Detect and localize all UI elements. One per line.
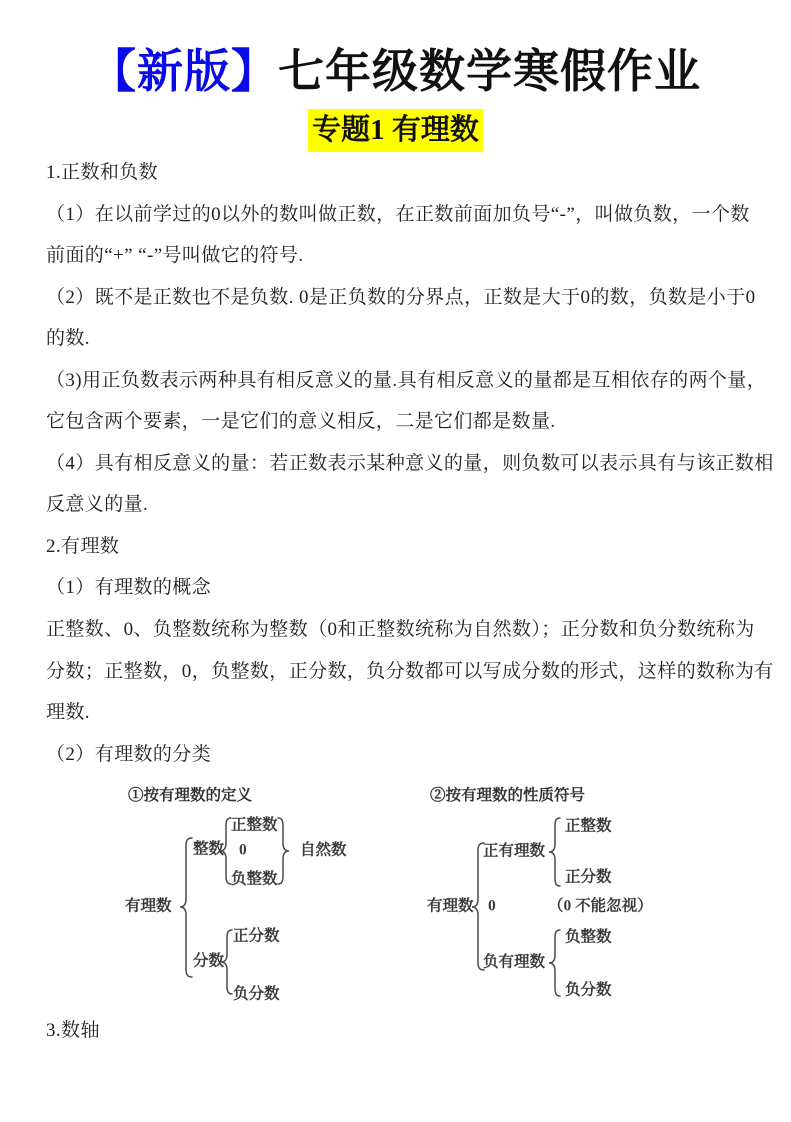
text-line: （1）有理数的概念 bbox=[46, 567, 751, 609]
brace-right-positive bbox=[549, 818, 560, 886]
diagram-right-root: 有理数 bbox=[427, 899, 474, 915]
text-line: 2.有理数 bbox=[46, 526, 751, 568]
brace-left-main bbox=[180, 838, 192, 977]
page-title: 【新版】七年级数学寒假作业 bbox=[0, 40, 791, 104]
text-line: （1）在以前学过的0以外的数叫做正数，在正数前面加负号“-”，叫做负数，一个数 bbox=[46, 194, 751, 236]
body-text: 1.正数和负数（1）在以前学过的0以外的数叫做正数，在正数前面加负号“-”，叫做… bbox=[0, 152, 791, 775]
text-line: （2）有理数的分类 bbox=[46, 734, 751, 776]
diagram-right-zero: 0 bbox=[488, 899, 496, 915]
text-line: （4）具有相反意义的量：若正数表示某种意义的量，则负数可以表示具有与该正数相 bbox=[46, 443, 751, 485]
diagram-right-positive: 正有理数 bbox=[483, 844, 545, 860]
diagram-left-pos-int: 正整数 bbox=[231, 818, 278, 834]
diagram-left-pos-frac: 正分数 bbox=[233, 929, 280, 945]
title-main: 七年级数学寒假作业 bbox=[278, 46, 701, 97]
page: 【新版】七年级数学寒假作业 专题1 有理数 1.正数和负数（1）在以前学过的0以… bbox=[0, 0, 791, 1122]
diagram-right-pos-frac: 正分数 bbox=[565, 870, 612, 886]
diagram-left-neg-int: 负整数 bbox=[231, 872, 278, 888]
section-3-heading: 3.数轴 bbox=[0, 1010, 791, 1052]
diagram-left-title: ①按有理数的定义 bbox=[128, 788, 252, 804]
text-line: 分数；正整数，0，负整数，正分数，负分数都可以写成分数的形式，这样的数称为有 bbox=[46, 651, 751, 693]
text-line: （2）既不是正数也不是负数. 0是正负数的分界点，正数是大于0的数，负数是小于0 bbox=[46, 277, 751, 319]
diagram-left-integer: 整数 bbox=[193, 842, 224, 858]
text-line: 1.正数和负数 bbox=[46, 152, 751, 194]
diagram-right-pos-int: 正整数 bbox=[565, 819, 612, 835]
page-subtitle: 专题1 有理数 bbox=[308, 109, 483, 152]
diagram-right-neg-int: 负整数 bbox=[565, 930, 612, 946]
diagram-left-natural: 自然数 bbox=[300, 843, 347, 859]
classification-diagrams: ①按有理数的定义 有理数 整数 正整数 0 负整数 自然数 分数 正分数 负分数… bbox=[0, 780, 791, 1010]
subtitle-row: 专题1 有理数 bbox=[0, 104, 791, 152]
brace-left-natural bbox=[278, 818, 289, 884]
diagram-right-title: ②按有理数的性质符号 bbox=[430, 788, 585, 804]
diagram-left-fraction: 分数 bbox=[193, 954, 224, 970]
brace-lines bbox=[0, 780, 791, 1010]
text-line: 的数. bbox=[46, 318, 751, 360]
diagram-right-zero-note: （0 不能忽视） bbox=[548, 899, 653, 915]
diagram-left-neg-frac: 负分数 bbox=[233, 987, 280, 1003]
diagram-right-negative: 负有理数 bbox=[483, 955, 545, 971]
text-line: 它包含两个要素，一是它们的意义相反，二是它们都是数量. bbox=[46, 401, 751, 443]
diagram-left-root: 有理数 bbox=[125, 899, 172, 915]
brace-right-negative bbox=[549, 930, 560, 996]
text-line: 理数. bbox=[46, 692, 751, 734]
diagram-left-zero: 0 bbox=[239, 843, 247, 859]
diagram-right-neg-frac: 负分数 bbox=[565, 983, 612, 999]
text-line: （3)用正负数表示两种具有相反意义的量.具有相反意义的量都是互相依存的两个量， bbox=[46, 360, 751, 402]
title-prefix: 【新版】 bbox=[90, 46, 278, 97]
text-line: 前面的“+” “-”号叫做它的符号. bbox=[46, 235, 751, 277]
text-line: 正整数、0、负整数统称为整数（0和正整数统称为自然数）；正分数和负分数统称为 bbox=[46, 609, 751, 651]
text-line: 反意义的量. bbox=[46, 484, 751, 526]
